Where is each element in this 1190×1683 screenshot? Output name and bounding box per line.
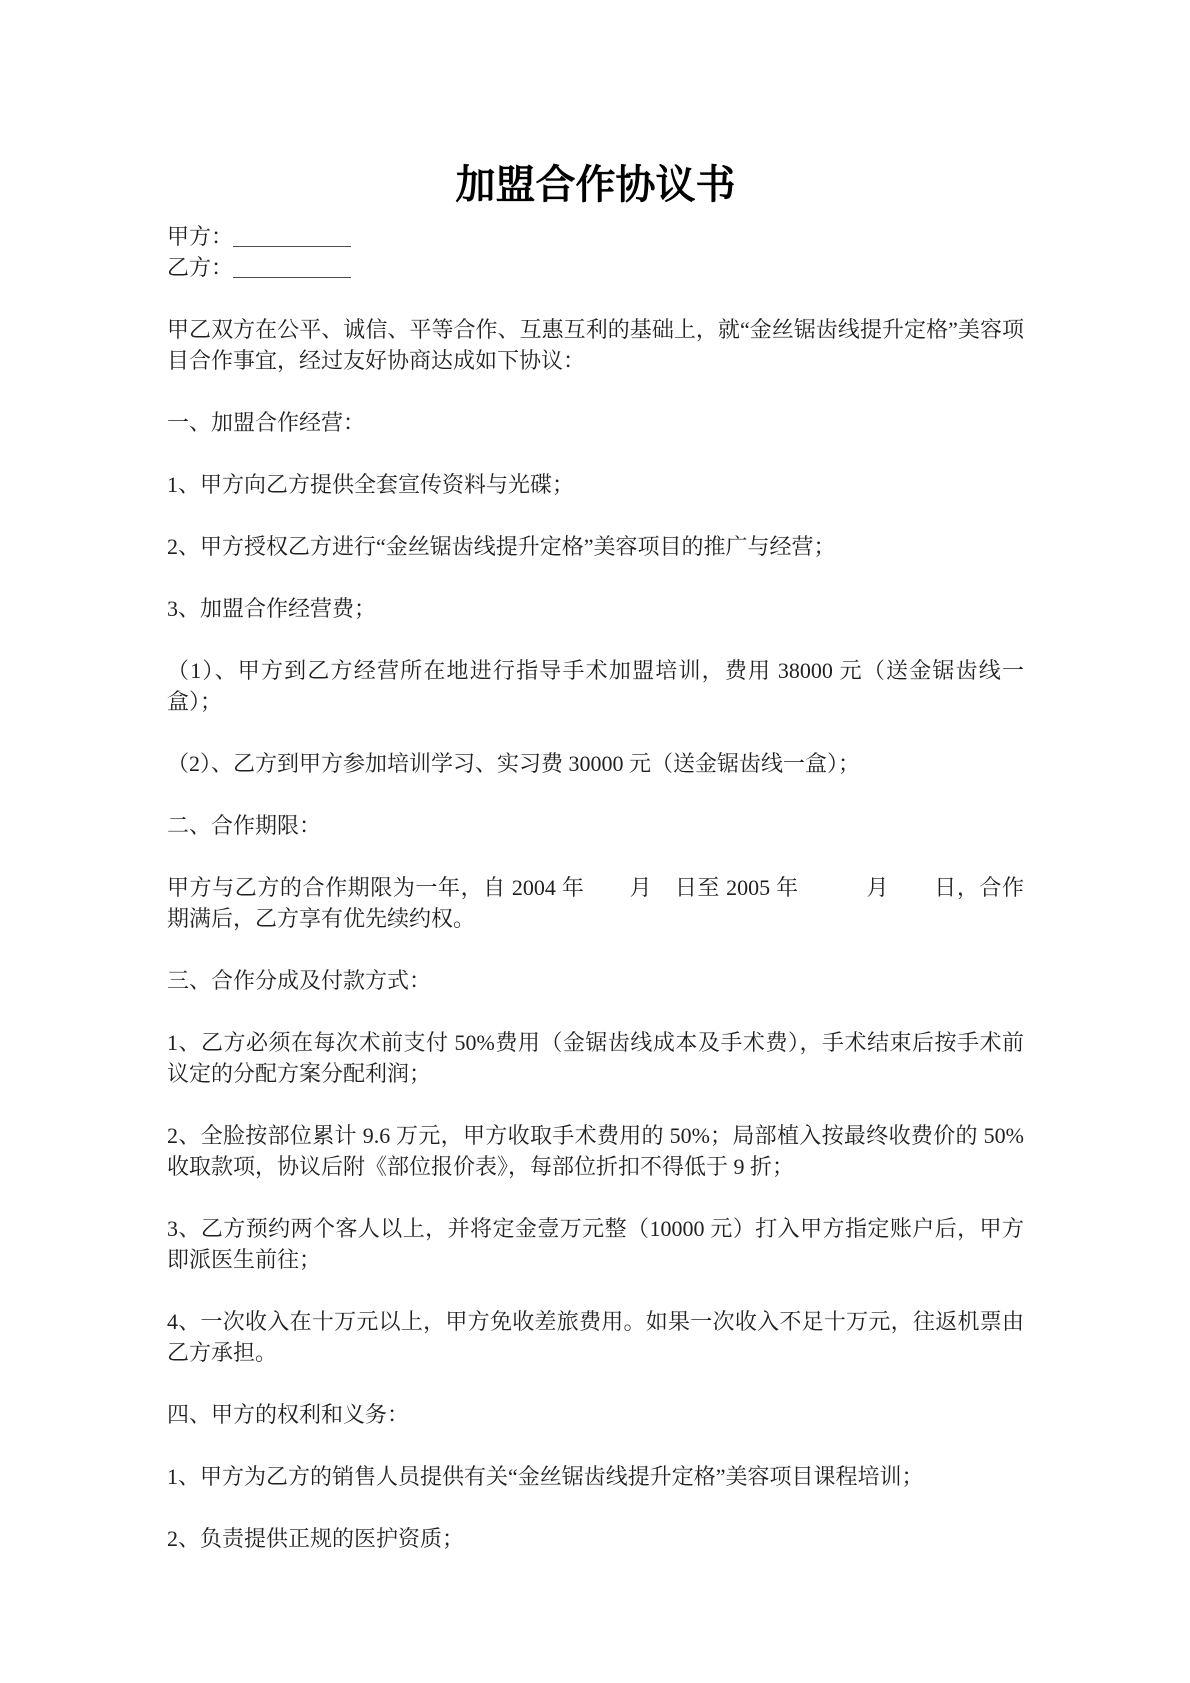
section-1-item-2: 2、甲方授权乙方进行“金丝锯齿线提升定格”美容项目的推广与经营； [167,531,1024,562]
document-title: 加盟合作协议书 [167,162,1024,208]
section-1-item-3-sub-1: （1）、甲方到乙方经营所在地进行指导手术加盟培训，费用 38000 元（送金锯齿… [167,655,1024,717]
intro-paragraph: 甲乙双方在公平、诚信、平等合作、互惠互利的基础上，就“金丝锯齿线提升定格”美容项… [167,314,1024,376]
section-4-heading: 四、甲方的权利和义务： [167,1399,1024,1430]
section-1-heading: 一、加盟合作经营： [167,407,1024,438]
party-a-blank-line [233,226,351,247]
section-2-body: 甲方与乙方的合作期限为一年，自 2004 年 月 日至 2005 年 月 日，合… [167,872,1024,934]
section-3-item-3: 3、乙方预约两个客人以上，并将定金壹万元整（10000 元）打入甲方指定账户后，… [167,1213,1024,1275]
section-3-item-2: 2、全脸按部位累计 9.6 万元，甲方收取手术费用的 50%；局部植入按最终收费… [167,1120,1024,1182]
section-3-item-4: 4、一次收入在十万元以上，甲方免收差旅费用。如果一次收入不足十万元，往返机票由乙… [167,1306,1024,1368]
section-2-heading: 二、合作期限： [167,810,1024,841]
section-4-item-1: 1、甲方为乙方的销售人员提供有关“金丝锯齿线提升定格”美容项目课程培训； [167,1461,1024,1492]
party-b-blank-line [233,257,351,278]
section-1-item-3-sub-2: （2）、乙方到甲方参加培训学习、实习费 30000 元（送金锯齿线一盒）； [167,748,1024,779]
section-3-item-1: 1、乙方必须在每次术前支付 50%费用（金锯齿线成本及手术费），手术结束后按手术… [167,1027,1024,1089]
section-4-item-2: 2、负责提供正规的医护资质； [167,1523,1024,1554]
section-1-item-1: 1、甲方向乙方提供全套宣传资料与光碟； [167,469,1024,500]
party-b-line: 乙方： [167,252,1024,283]
party-a-label: 甲方： [167,224,233,249]
party-b-label: 乙方： [167,255,233,280]
section-1-item-3: 3、加盟合作经营费； [167,593,1024,624]
document-page: 加盟合作协议书 甲方： 乙方： 甲乙双方在公平、诚信、平等合作、互惠互利的基础上… [0,0,1190,1683]
party-a-line: 甲方： [167,221,1024,252]
section-3-heading: 三、合作分成及付款方式： [167,965,1024,996]
parties-block: 甲方： 乙方： [167,221,1024,283]
